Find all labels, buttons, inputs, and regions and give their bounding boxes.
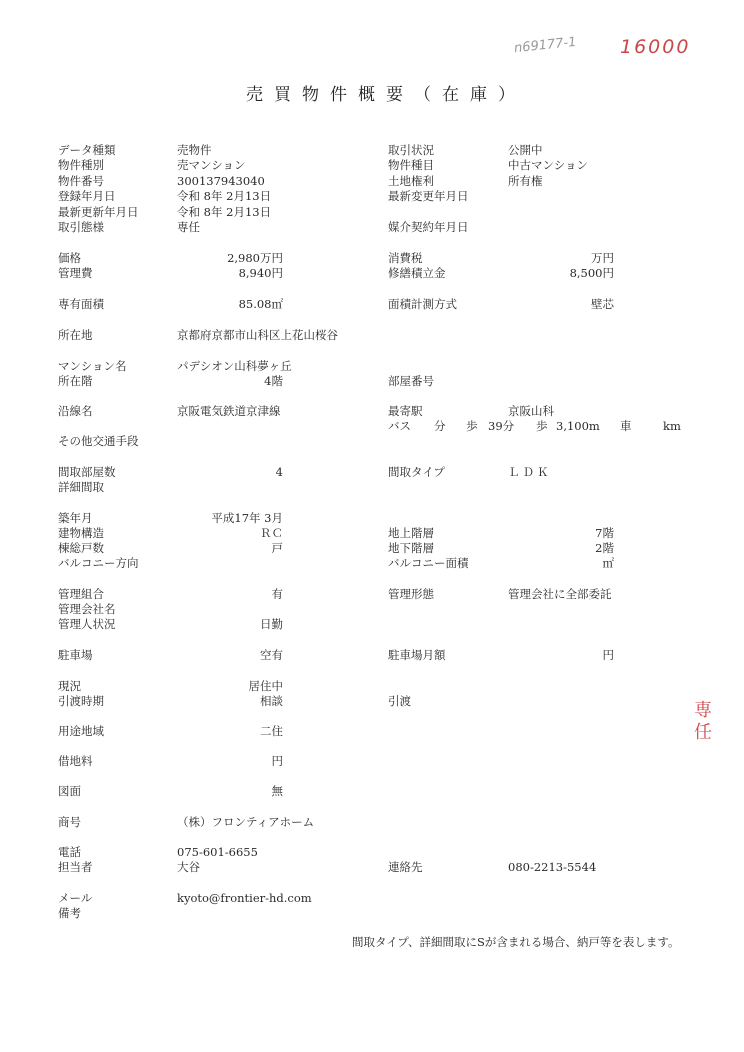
label-registered: 登録年月日 bbox=[58, 189, 116, 203]
access-walk2: 歩 bbox=[536, 419, 548, 433]
label-station: 最寄駅 bbox=[388, 404, 423, 418]
label-balcony-dir: バルコニー方向 bbox=[58, 556, 139, 570]
label-units: 棟総戸数 bbox=[58, 541, 104, 555]
label-phone: 電話 bbox=[58, 845, 81, 859]
label-tax: 消費税 bbox=[388, 251, 423, 265]
value-phone: 075-601-6655 bbox=[177, 845, 258, 859]
label-room-no: 部屋番号 bbox=[388, 374, 434, 388]
label-parking-fee: 駐車場月額 bbox=[388, 648, 446, 662]
label-parking: 駐車場 bbox=[58, 648, 93, 662]
value-parking-fee: 円 bbox=[510, 648, 614, 662]
value-mgmt-form: 管理会社に全部委託 bbox=[508, 587, 612, 601]
page-title: 売買物件概要（在庫） bbox=[246, 80, 526, 105]
value-floor: 4階 bbox=[180, 374, 283, 388]
label-company: 商号 bbox=[58, 815, 81, 829]
value-property-item: 中古マンション bbox=[508, 158, 588, 172]
value-mgmt-union: 有 bbox=[180, 587, 283, 601]
label-deal-status: 取引状況 bbox=[388, 143, 434, 157]
access-bus: バス bbox=[388, 419, 411, 433]
access-car: 車 bbox=[620, 419, 632, 433]
handwritten-code: n69177-1 bbox=[513, 35, 577, 56]
label-mgmt-fee: 管理費 bbox=[58, 266, 93, 280]
label-drawing: 図面 bbox=[58, 784, 81, 798]
label-handover-time: 引渡時期 bbox=[58, 694, 104, 708]
label-contact: 連絡先 bbox=[388, 860, 423, 874]
label-mgmt-company: 管理会社名 bbox=[58, 602, 116, 616]
value-handover-time: 相談 bbox=[180, 694, 283, 708]
value-floors-below: 2階 bbox=[510, 541, 614, 555]
value-structure: ＲＣ bbox=[180, 526, 283, 540]
value-repair-fund: 8,500円 bbox=[510, 266, 614, 280]
access-bus-min: 分 bbox=[434, 419, 446, 433]
label-rooms: 間取部屋数 bbox=[58, 465, 116, 479]
value-company: （株）フロンティアホーム bbox=[177, 815, 314, 829]
value-drawing: 無 bbox=[180, 784, 283, 798]
label-person: 担当者 bbox=[58, 860, 93, 874]
label-address: 所在地 bbox=[58, 328, 93, 342]
label-updated: 最新更新年月日 bbox=[58, 205, 139, 219]
label-repair-fund: 修繕積立金 bbox=[388, 266, 446, 280]
value-land-rent: 円 bbox=[180, 754, 283, 768]
label-floors-below: 地下階層 bbox=[388, 541, 434, 555]
value-contact: 080-2213-5544 bbox=[508, 860, 596, 874]
label-structure: 建物構造 bbox=[58, 526, 104, 540]
value-registered: 令和 8年 2月13日 bbox=[177, 189, 271, 203]
access-walk-dist: 3,100m bbox=[556, 419, 600, 433]
value-zoning: 二住 bbox=[180, 724, 283, 738]
value-tax: 万円 bbox=[510, 251, 614, 265]
value-floors-above: 7階 bbox=[510, 526, 614, 540]
label-other-transport: その他交通手段 bbox=[58, 434, 139, 448]
value-rooms: 4 bbox=[180, 465, 283, 479]
value-address: 京都府京都市山科区上花山桜谷 bbox=[177, 328, 338, 342]
label-zoning: 用途地域 bbox=[58, 724, 104, 738]
label-mgmt-union: 管理組合 bbox=[58, 587, 104, 601]
label-property-kind: 物件種別 bbox=[58, 158, 104, 172]
label-data-type: データ種類 bbox=[58, 143, 116, 157]
value-email: kyoto@frontier-hd.com bbox=[177, 891, 312, 905]
value-mgmt-fee: 8,940円 bbox=[180, 266, 283, 280]
value-land-right: 所有権 bbox=[508, 174, 543, 188]
label-property-item: 物件種目 bbox=[388, 158, 434, 172]
access-walk-min: 39分 bbox=[488, 419, 514, 433]
value-balcony-area: ㎡ bbox=[510, 556, 614, 570]
handwritten-amount: 16000 bbox=[620, 36, 690, 58]
label-manager: 管理人状況 bbox=[58, 617, 116, 631]
value-area-method: 壁芯 bbox=[510, 297, 614, 311]
label-floor: 所在階 bbox=[58, 374, 93, 388]
label-last-change: 最新変更年月日 bbox=[388, 189, 469, 203]
value-layout-type: ＬＤＫ bbox=[508, 465, 552, 479]
label-price: 価格 bbox=[58, 251, 81, 265]
value-area: 85.08㎡ bbox=[180, 297, 283, 311]
label-mgmt-form: 管理形態 bbox=[388, 587, 434, 601]
access-walk1: 歩 bbox=[466, 419, 478, 433]
label-status: 現況 bbox=[58, 679, 81, 693]
label-transaction: 取引態様 bbox=[58, 220, 104, 234]
label-remarks: 備考 bbox=[58, 906, 81, 920]
label-built: 築年月 bbox=[58, 511, 93, 525]
handwritten-stamp: 専 任 bbox=[692, 700, 714, 744]
value-units: 戸 bbox=[180, 541, 283, 555]
label-floors-above: 地上階層 bbox=[388, 526, 434, 540]
access-car-km: km bbox=[663, 419, 681, 433]
value-manager: 日勤 bbox=[180, 617, 283, 631]
label-handover: 引渡 bbox=[388, 694, 411, 708]
stamp-line-2: 任 bbox=[692, 722, 714, 744]
value-mansion-name: パデシオン山科夢ヶ丘 bbox=[177, 359, 292, 373]
label-area-method: 面積計測方式 bbox=[388, 297, 457, 311]
label-property-no: 物件番号 bbox=[58, 174, 104, 188]
label-mansion-name: マンション名 bbox=[58, 359, 126, 373]
footnote: 間取タイプ、詳細間取にSが含まれる場合、納戸等を表します。 bbox=[352, 934, 679, 950]
label-land-right: 土地権利 bbox=[388, 174, 434, 188]
value-deal-status: 公開中 bbox=[508, 143, 543, 157]
label-line: 沿線名 bbox=[58, 404, 93, 418]
label-land-rent: 借地料 bbox=[58, 754, 93, 768]
label-area: 専有面積 bbox=[58, 297, 104, 311]
value-updated: 令和 8年 2月13日 bbox=[177, 205, 271, 219]
stamp-line-1: 専 bbox=[692, 700, 714, 722]
value-data-type: 売物件 bbox=[177, 143, 212, 157]
value-line: 京阪電気鉄道京津線 bbox=[177, 404, 281, 418]
value-station: 京阪山科 bbox=[508, 404, 554, 418]
value-person: 大谷 bbox=[177, 860, 200, 874]
label-layout-type: 間取タイプ bbox=[388, 465, 445, 479]
value-status: 居住中 bbox=[180, 679, 283, 693]
value-price: 2,980万円 bbox=[180, 251, 283, 265]
value-transaction: 専任 bbox=[177, 220, 200, 234]
label-mediation-date: 媒介契約年月日 bbox=[388, 220, 469, 234]
label-detail-layout: 詳細間取 bbox=[58, 480, 104, 494]
label-email: メール bbox=[58, 891, 92, 905]
value-property-kind: 売マンション bbox=[177, 158, 245, 172]
value-parking: 空有 bbox=[180, 648, 283, 662]
label-balcony-area: バルコニー面積 bbox=[388, 556, 469, 570]
value-built: 平成17年 3月 bbox=[180, 511, 283, 525]
value-property-no: 300137943040 bbox=[177, 174, 265, 188]
